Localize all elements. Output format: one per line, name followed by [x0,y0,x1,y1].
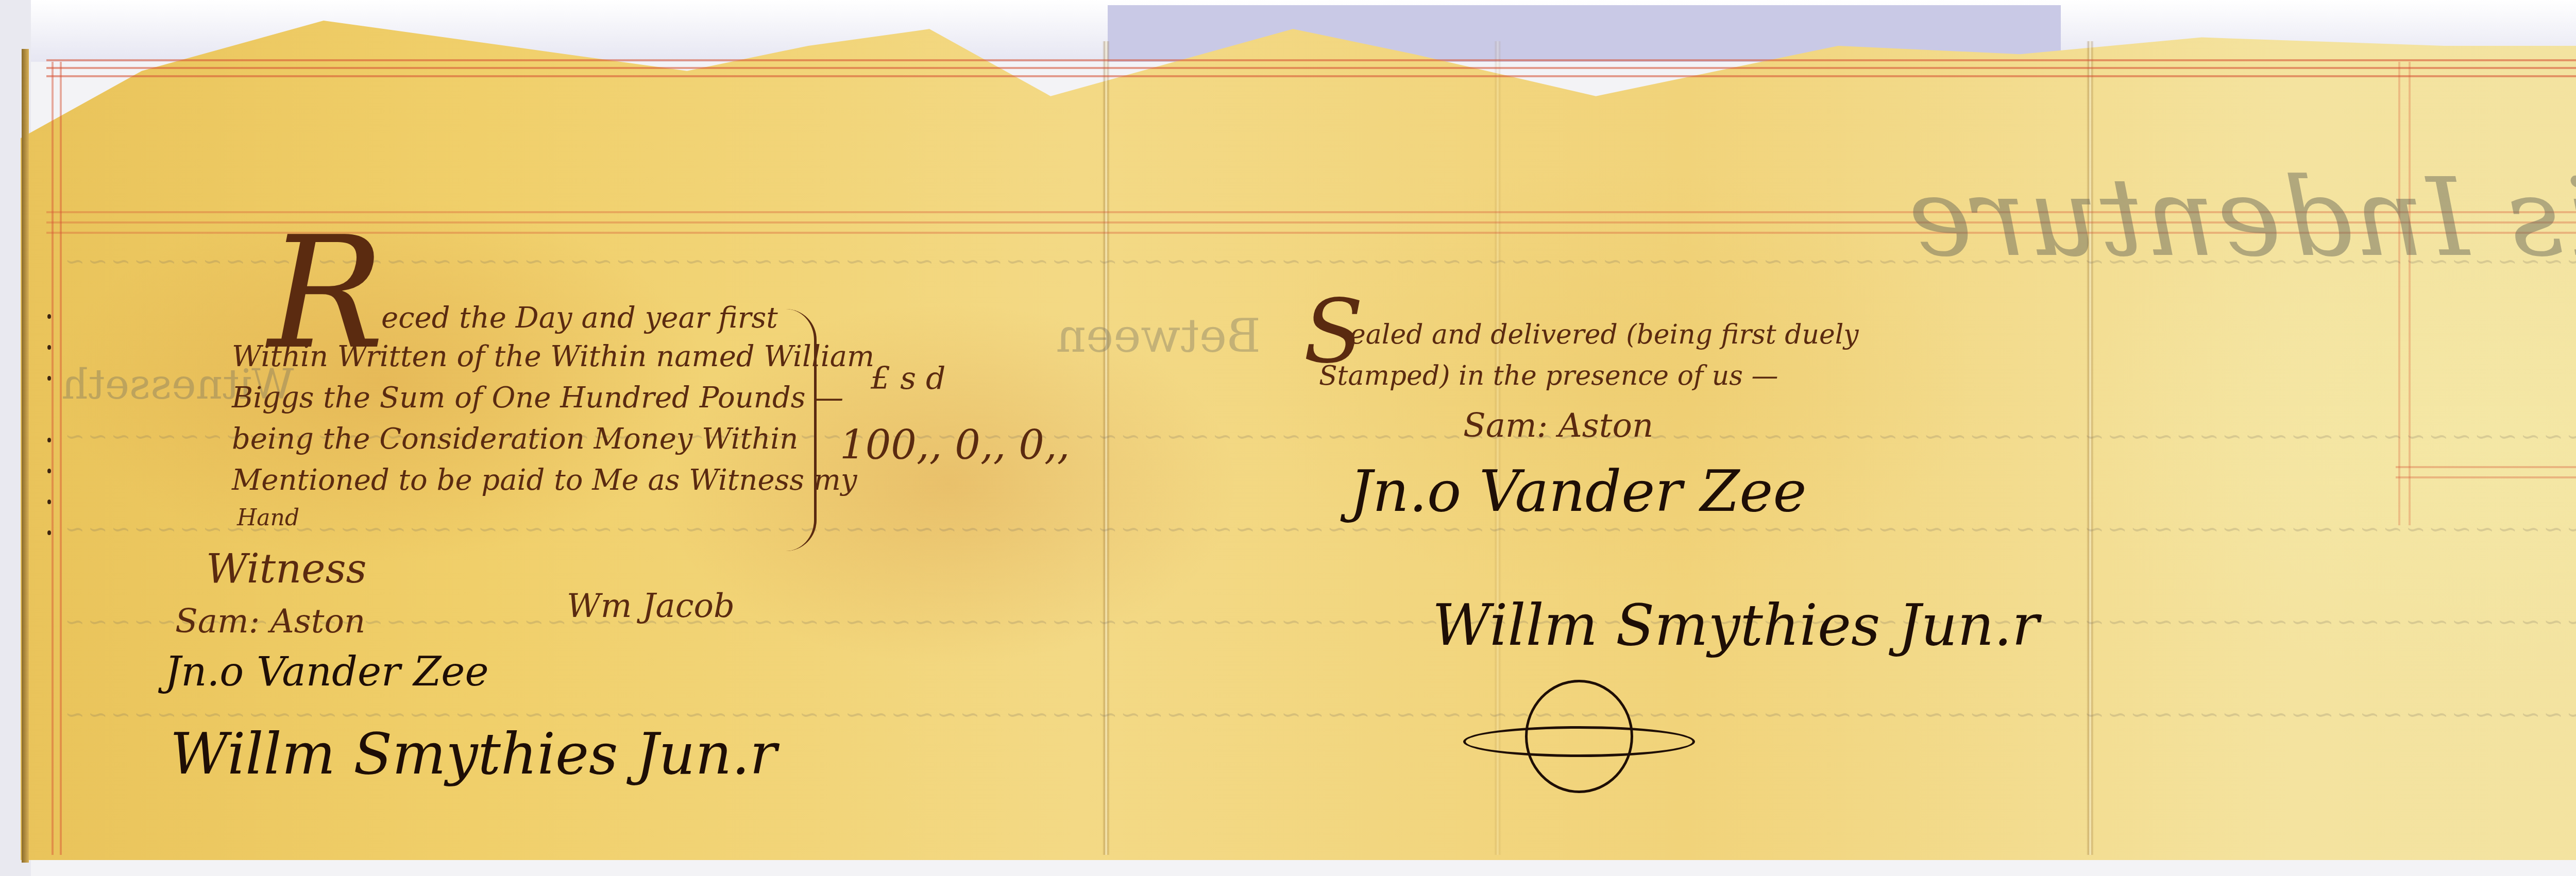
witness-signature: Willm Smythies Jun.r [170,721,777,787]
punch-hole [47,530,51,535]
punch-hole [47,438,51,442]
receipt-line: Biggs the Sum of One Hundred Pounds — [232,381,843,415]
sealed-line: Stamped) in the presence of us — [1319,360,1778,391]
ruling-margin [2398,62,2400,525]
receipt-line: Within Written of the Within named Willi… [232,340,874,373]
witness-signature: Sam: Aston [1463,407,1653,445]
signer-signature: Wm Jacob [567,587,735,625]
ruling-line [46,59,2576,61]
ruling-line [46,67,2576,69]
receipt-line: Mentioned to be paid to Me as Witness my [232,463,857,497]
punch-hole [47,500,51,504]
signer-signature: Willm Smythies Jun.r [1432,592,2039,658]
witness-signature: Jn.o Vander Zee [165,649,489,695]
witness-signature: Sam: Aston [175,603,365,641]
punch-hole [47,314,51,319]
ruling-line [2396,466,2576,468]
parchment-left-edge [22,49,29,863]
punch-hole [47,469,51,473]
punch-hole [47,376,51,381]
ruling-line [46,75,2576,77]
ruling-margin [60,62,62,855]
bleed-through-word: Between [1056,309,1261,363]
witness-label: Witness [206,546,367,592]
punch-hole [47,345,51,350]
receipt-line: eced the Day and year first [381,301,778,335]
sealed-line: ealed and delivered (being first duely [1350,319,1859,350]
receipt-line: Hand [237,505,299,531]
ruling-margin [52,62,54,855]
bleed-text-line: ~~~~~~~~~~~~~~~~~~~~~~~~~~~~~~~~~~~~~~~~… [62,247,2576,275]
signature-flourish [1463,726,1695,757]
bleed-text-line: ~~~~~~~~~~~~~~~~~~~~~~~~~~~~~~~~~~~~~~~~… [62,608,2576,635]
receipt-amount: 100,, 0,, 0,, [840,422,1070,469]
amount-header: £ s d [871,360,946,397]
ruling-line [2396,476,2576,478]
bleed-text-line: ~~~~~~~~~~~~~~~~~~~~~~~~~~~~~~~~~~~~~~~~… [62,515,2576,543]
receipt-line: being the Consideration Money Within [232,422,798,456]
receipt-bracket [783,309,817,551]
ruling-margin [2409,62,2411,525]
witness-signature: Jn.o Vander Zee [1350,458,1807,524]
